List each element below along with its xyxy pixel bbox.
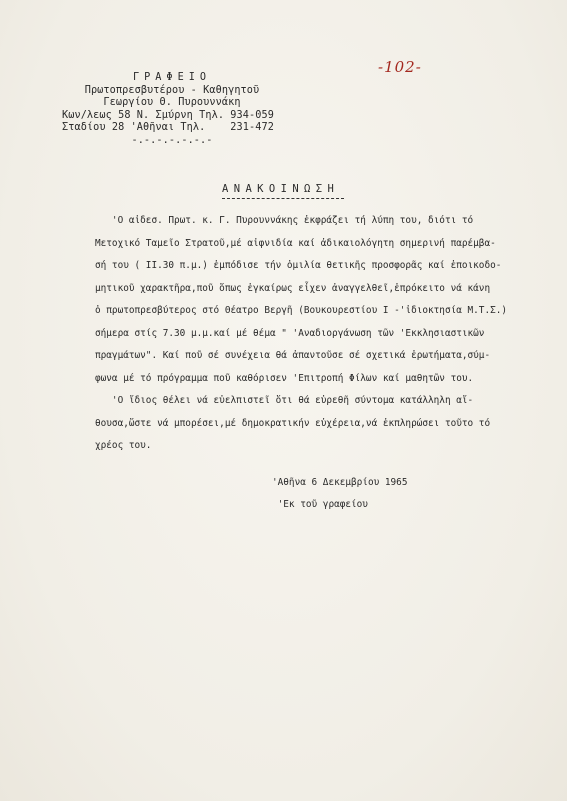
handwritten-page-number: -102- — [378, 58, 422, 76]
letterhead: ΓΡΑΦΕΙΟ Πρωτοπρεσβυτέρου - Καθηγητοῦ Γεω… — [62, 72, 282, 148]
date-line: 'Αθῆνα 6 Δεκεμβρίου 1965 — [272, 472, 407, 494]
letterhead-name-line1: Πρωτοπρεσβυτέρου - Καθηγητοῦ — [62, 85, 282, 98]
body-line: 'Ο ἴδιος θέλει νά εὐελπιστεῖ ὅτι θά εὑρε… — [95, 390, 545, 413]
letterhead-separator: -.-.-.-.-.-.- — [62, 135, 282, 148]
body-line: θουσα,ὥστε νά μπορέσει,μέ δημοκρατικήν ε… — [95, 413, 545, 436]
body-line: χρέος του. — [95, 435, 545, 458]
body-line: ὁ πρωτοπρεσβύτερος στό Θέατρο Βεργῆ (Βου… — [95, 300, 545, 323]
announcement-heading: ΑΝΑΚΟΙΝΩΣΗ — [222, 183, 339, 195]
body-line: σήμερα στίς 7.30 μ.μ.καί μέ θέμα " 'Αναδ… — [95, 323, 545, 346]
document-page: -102- ΓΡΑΦΕΙΟ Πρωτοπρεσβυτέρου - Καθηγητ… — [0, 0, 567, 801]
letterhead-title: ΓΡΑΦΕΙΟ — [62, 72, 282, 85]
body-line: Μετοχικό Ταμεῖο Στρατοῦ,μέ αἰφνιδία καί … — [95, 233, 545, 256]
announcement-body: 'Ο αἰδεσ. Πρωτ. κ. Γ. Πυρουννάκης ἐκφράζ… — [95, 210, 545, 458]
body-line: σή του ( II.30 π.μ.) ἐμπόδισε τήν ὁμιλία… — [95, 255, 545, 278]
body-line: φωνα μέ τό πρόγραμμα ποῦ καθόρισεν 'Επιτ… — [95, 368, 545, 391]
letterhead-address-line2: Σταδίου 28 'Αθῆναι Τηλ. 231-472 — [62, 122, 282, 135]
from-line: 'Εκ τοῦ γραφείου — [272, 494, 407, 516]
signoff: 'Αθῆνα 6 Δεκεμβρίου 1965 'Εκ τοῦ γραφείο… — [272, 472, 407, 516]
body-line: πραγμάτων". Καί ποῦ σέ συνέχεια θά ἀπαντ… — [95, 345, 545, 368]
body-line: 'Ο αἰδεσ. Πρωτ. κ. Γ. Πυρουννάκης ἐκφράζ… — [95, 210, 545, 233]
body-line: μητικοῦ χαρακτῆρα,ποῦ ὅπως ἐγκαίρως εἶχε… — [95, 278, 545, 301]
letterhead-name-line2: Γεωργίου Θ. Πυρουννάκη — [62, 97, 282, 110]
heading-underline — [222, 198, 344, 199]
letterhead-address-line1: Κων/λεως 58 Ν. Σμύρνη Τηλ. 934-059 — [62, 110, 282, 123]
